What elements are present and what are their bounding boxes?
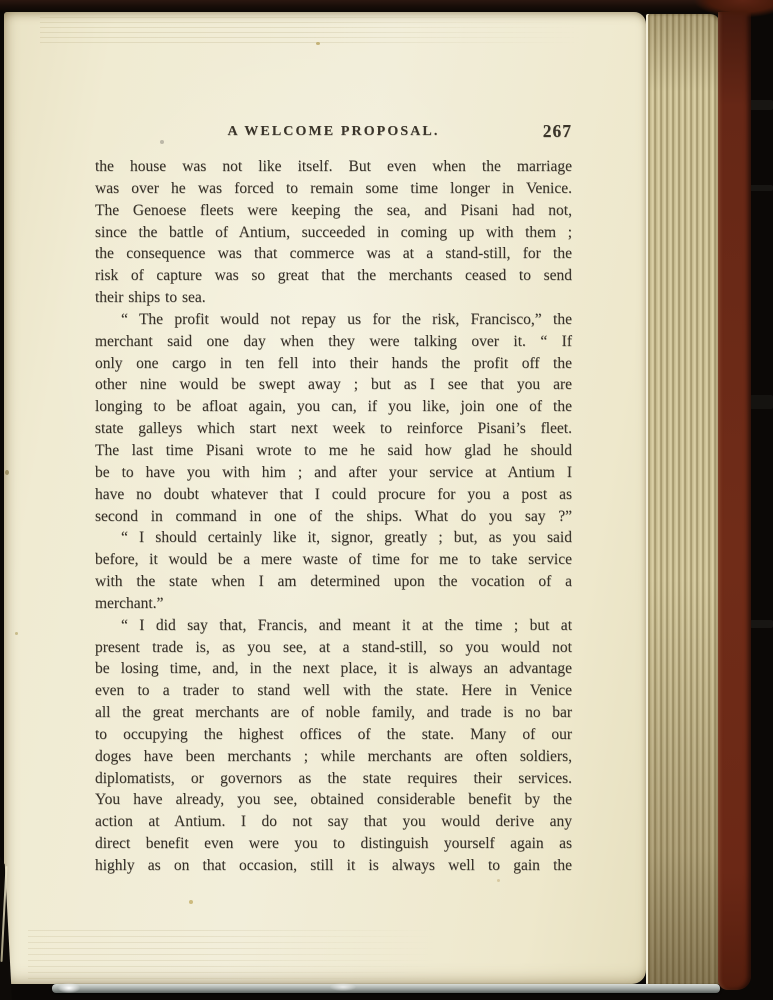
cradle-bar-glint (58, 983, 80, 993)
text-line: even to a trader to stand well with the … (95, 680, 572, 702)
text-line: doges have been merchants ; while mercha… (95, 746, 572, 768)
text-line: merchant said one day when they were tal… (95, 331, 572, 353)
text-line: You have already, you see, obtained cons… (95, 789, 572, 811)
page-edge-streaks-top (40, 17, 610, 43)
text-line: have no doubt whatever that I could proc… (95, 484, 572, 506)
text-line: The Genoese fleets were keeping the sea,… (95, 200, 572, 222)
paper-speck (497, 879, 500, 882)
background-streak (748, 100, 773, 110)
book-scan-photo: A WELCOME PROPOSAL. 267 the house was no… (0, 0, 773, 1000)
text-line: second in command in one of the ships. W… (95, 506, 572, 528)
scanner-cradle-bar (52, 984, 720, 993)
text-line: only one cargo in ten fell into their ha… (95, 353, 572, 375)
text-line: with the state when I am determined upon… (95, 571, 572, 593)
text-line: state galleys which start next week to r… (95, 418, 572, 440)
paper-speck (15, 632, 18, 635)
page-number: 267 (543, 121, 572, 142)
background-streak (748, 185, 773, 191)
text-line: “ I should certainly like it, signor, gr… (95, 527, 572, 549)
text-line: was over he was forced to remain some ti… (95, 178, 572, 200)
text-line: “ I did say that, Francis, and meant it … (95, 615, 572, 637)
text-line: “ The profit would not repay us for the … (95, 309, 572, 331)
text-line: be to have you with him ; and after your… (95, 462, 572, 484)
paper-speck (316, 42, 320, 45)
fore-edge-page-stack (646, 14, 720, 988)
book-cover-edge (718, 8, 751, 990)
text-line: merchant.” (95, 593, 572, 615)
text-line: risk of capture was so great that the me… (95, 265, 572, 287)
text-line: their ships to sea. (95, 287, 572, 309)
text-line: before, it would be a mere waste of time… (95, 549, 572, 571)
running-title: A WELCOME PROPOSAL. (95, 124, 572, 140)
text-line: The last time Pisani wrote to me he said… (95, 440, 572, 462)
background-streak (750, 395, 773, 409)
text-line: the house was not like itself. But even … (95, 156, 572, 178)
page-header: A WELCOME PROPOSAL. 267 (95, 124, 572, 144)
text-block: the house was not like itself. But even … (95, 156, 572, 877)
text-line: other nine would be swept away ; but as … (95, 374, 572, 396)
text-line: diplomatists, or governors as the state … (95, 768, 572, 790)
text-line: all the great merchants are of noble fam… (95, 702, 572, 724)
text-line: the consequence was that commerce was at… (95, 243, 572, 265)
top-shadow-strip (0, 0, 773, 12)
text-line: longing to be afloat again, you can, if … (95, 396, 572, 418)
cradle-bar-glint (330, 983, 356, 991)
text-line: be losing time, and, in the next place, … (95, 658, 572, 680)
background-streak (750, 620, 773, 628)
text-line: action at Antium. I do not say that you … (95, 811, 572, 833)
text-line: since the battle of Antium, succeeded in… (95, 222, 572, 244)
text-line: highly as on that occasion, still it is … (95, 855, 572, 877)
paper-speck (5, 470, 9, 475)
text-line: direct benefit even were you to distingu… (95, 833, 572, 855)
page-edge-streaks-bottom (28, 930, 458, 980)
text-line: present trade is, as you see, at a stand… (95, 637, 572, 659)
paper-speck (189, 900, 193, 904)
cover-corner-top-right (686, 0, 773, 22)
text-line: to occupying the highest offices of the … (95, 724, 572, 746)
